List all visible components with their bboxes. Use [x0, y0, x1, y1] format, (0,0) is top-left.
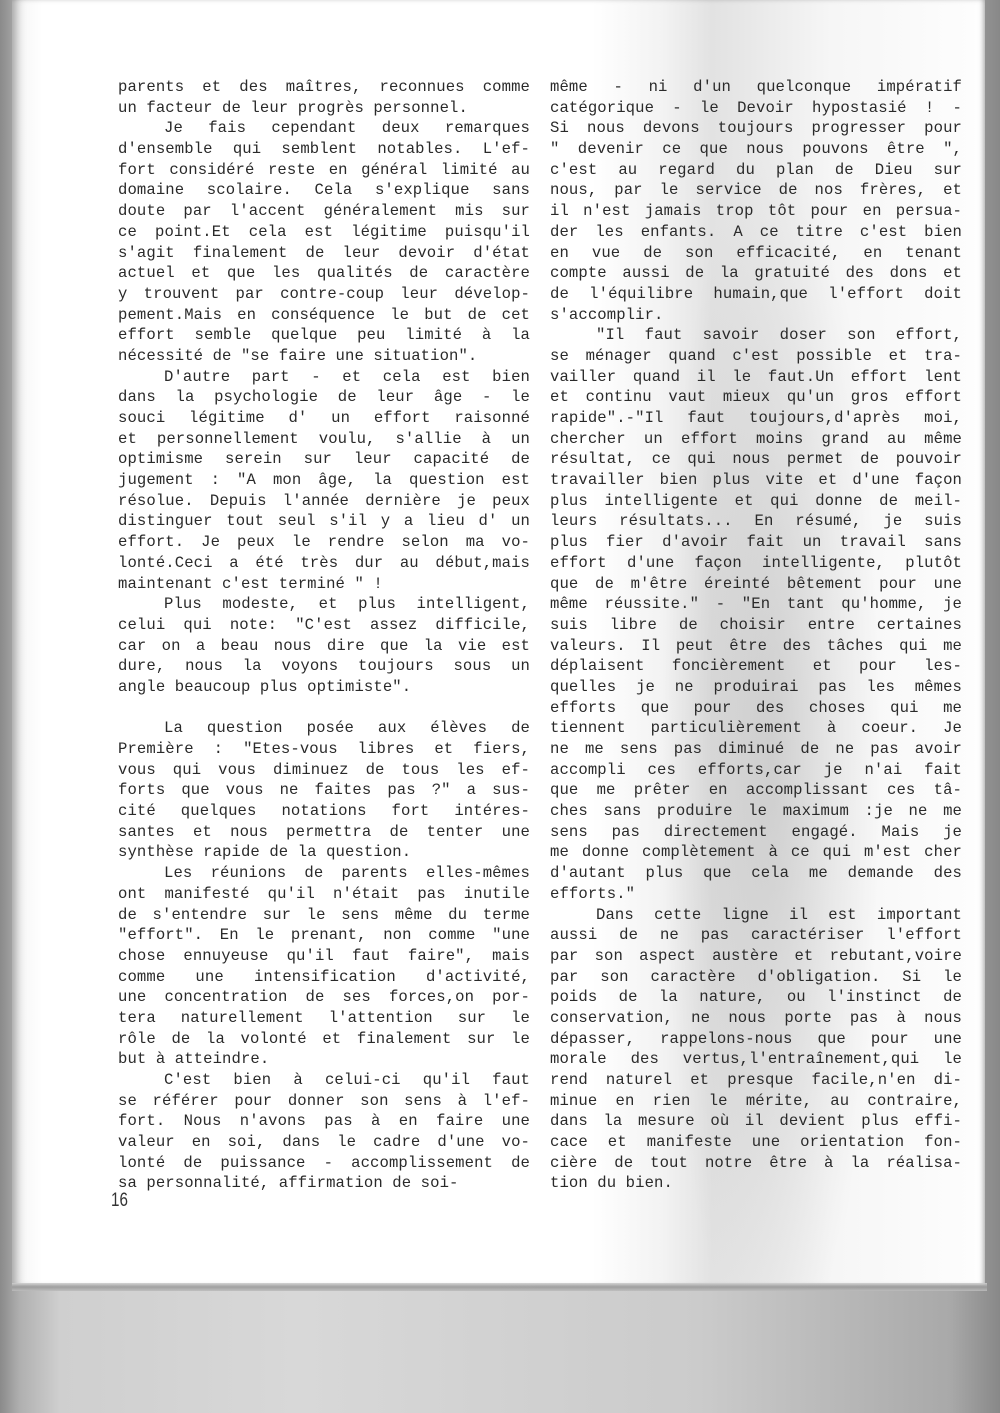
- scanned-page: parents et des maîtres, reconnues commeu…: [12, 0, 985, 1285]
- text-line: forts que vous ne faites pas ?" a sus-: [118, 780, 530, 801]
- text-line: santes et nous permettra de tenter une: [118, 822, 530, 843]
- text-line: der les enfants. A ce titre c'est bien: [550, 222, 962, 243]
- text-line: de l'équilibre humain,que l'effort doit: [550, 284, 962, 305]
- text-line: efforts que pour des choses qui me: [550, 698, 962, 719]
- text-line: poids de la nature, ou l'instinct de: [550, 987, 962, 1008]
- text-line: même réussite." - "En tant qu'homme, je: [550, 594, 962, 615]
- text-line: optimisme serein sur leur capacité de: [118, 449, 530, 470]
- paragraph: Dans cette ligne il est importantaussi d…: [550, 905, 962, 1195]
- text-line: catégorique - le Devoir hypostasié ! -: [550, 98, 962, 119]
- page-bottom-edge: [12, 1283, 987, 1291]
- paragraph: même - ni d'un quelconque impératifcatég…: [550, 77, 962, 325]
- text-line: Les réunions de parents elles-mêmes: [118, 863, 530, 884]
- paragraph-gap: [118, 698, 530, 719]
- text-line: vailler quand il le faut.Un effort lent: [550, 367, 962, 388]
- text-line: rapide".-"Il faut toujours,d'après moi,: [550, 408, 962, 429]
- text-line: valeurs. Il peut être des tâches qui me: [550, 636, 962, 657]
- text-line: angle beaucoup plus optimiste".: [118, 677, 530, 698]
- text-line: et personnellement voulu, s'allie à un: [118, 429, 530, 450]
- text-line: chercher un effort moins grand au même: [550, 429, 962, 450]
- right-text-column: même - ni d'un quelconque impératifcatég…: [550, 77, 962, 1194]
- text-line: maintenant c'est terminé " !: [118, 574, 530, 595]
- text-line: comme une intensification d'activité,: [118, 967, 530, 988]
- text-line: s'accomplir.: [550, 305, 962, 326]
- text-line: tera naturellement l'attention sur le: [118, 1008, 530, 1029]
- text-line: c'est au regard du plan de Dieu sur: [550, 160, 962, 181]
- paragraph: D'autre part - et cela est biendans la p…: [118, 367, 530, 595]
- text-line: souci légitime d' un effort raisonné: [118, 408, 530, 429]
- text-line: fort. Nous n'avons pas à en faire une: [118, 1111, 530, 1132]
- text-line: et continu vaut mieux qu'un gros effort: [550, 387, 962, 408]
- text-line: compte aussi de la gratuité des dons et: [550, 263, 962, 284]
- text-line: que de m'être éreinté bêtement pour une: [550, 574, 962, 595]
- text-line: un facteur de leur progrès personnel.: [118, 98, 530, 119]
- text-line: celui qui note: "C'est assez difficile,: [118, 615, 530, 636]
- text-line: Dans cette ligne il est important: [550, 905, 962, 926]
- text-line: but à atteindre.: [118, 1049, 530, 1070]
- text-line: jugement : "A mon âge, la question est: [118, 470, 530, 491]
- text-line: dure, nous la voyons toujours sous un: [118, 656, 530, 677]
- text-line: C'est bien à celui-ci qu'il faut: [118, 1070, 530, 1091]
- text-line: se ménager quand c'est possible et tra-: [550, 346, 962, 367]
- text-line: doute par l'accent généralement mis sur: [118, 201, 530, 222]
- text-line: plus intelligente et qui donne de meil-: [550, 491, 962, 512]
- text-line: Si nous devons toujours progresser pour: [550, 118, 962, 139]
- page-number: 16: [111, 1190, 128, 1212]
- text-line: plus fier d'avoir fait un travail sans: [550, 532, 962, 553]
- text-line: ce point.Et cela est légitime puisqu'il: [118, 222, 530, 243]
- text-line: distinguer tout seul s'il y a lieu d' un: [118, 511, 530, 532]
- text-line: d'ensemble qui semblent notables. L'ef-: [118, 139, 530, 160]
- text-line: Je fais cependant deux remarques: [118, 118, 530, 139]
- text-line: D'autre part - et cela est bien: [118, 367, 530, 388]
- text-line: cace et manifeste une orientation fon-: [550, 1132, 962, 1153]
- text-line: leurs résultats... En résumé, je suis: [550, 511, 962, 532]
- text-line: efforts.": [550, 884, 962, 905]
- text-line: minue en rien le mérite, au contraire,: [550, 1091, 962, 1112]
- text-line: cité quelques notations fort intéres-: [118, 801, 530, 822]
- text-line: ont manifesté qu'il n'était pas inutile: [118, 884, 530, 905]
- text-line: morale des vertus,l'entraînement,qui le: [550, 1049, 962, 1070]
- text-line: travailler bien plus vite et d'une façon: [550, 470, 962, 491]
- text-line: d'autant plus que cela me demande des: [550, 863, 962, 884]
- text-line: cière de tout notre être à la réalisa-: [550, 1153, 962, 1174]
- text-line: actuel et que les qualités de caractère: [118, 263, 530, 284]
- text-line: se référer pour donner son sens à l'ef-: [118, 1091, 530, 1112]
- text-line: valeur en soi, dans le cadre d'une vo-: [118, 1132, 530, 1153]
- text-line: Première : "Etes-vous libres et fiers,: [118, 739, 530, 760]
- text-line: fort considéré reste en général limité a…: [118, 160, 530, 181]
- text-line: rôle de la volonté et finalement sur le: [118, 1029, 530, 1050]
- text-line: parents et des maîtres, reconnues comme: [118, 77, 530, 98]
- text-line: sens pas directement engagé. Mais je: [550, 822, 962, 843]
- text-line: "effort". En le prenant, non comme "une: [118, 925, 530, 946]
- paragraph: C'est bien à celui-ci qu'il fautse référ…: [118, 1070, 530, 1194]
- text-line: de s'entendre sur le sens même du terme: [118, 905, 530, 926]
- text-line: dans la psychologie de leur âge - le: [118, 387, 530, 408]
- text-line: tion du bien.: [550, 1173, 962, 1194]
- text-line: dans la mesure où il devient plus effi-: [550, 1111, 962, 1132]
- text-line: une concentration de ses forces,on por-: [118, 987, 530, 1008]
- paragraph: La question posée aux élèves dePremière …: [118, 718, 530, 863]
- text-line: "Il faut savoir doser son effort,: [550, 325, 962, 346]
- text-line: aussi de ne pas caractériser l'effort: [550, 925, 962, 946]
- paragraph: parents et des maîtres, reconnues commeu…: [118, 77, 530, 118]
- text-line: par son aspect austère et rebutant,voire: [550, 946, 962, 967]
- text-line: déplaisent foncièrement et pour les-: [550, 656, 962, 677]
- text-line: même - ni d'un quelconque impératif: [550, 77, 962, 98]
- text-line: me donne complètement à ce qui m'est che…: [550, 842, 962, 863]
- text-line: effort semble quelque peu limité à la: [118, 325, 530, 346]
- text-line: nécessité de "se faire une situation".: [118, 346, 530, 367]
- text-line: synthèse rapide de la question.: [118, 842, 530, 863]
- text-line: résultat, ce qui nous permet de pouvoir: [550, 449, 962, 470]
- text-line: en vue de son efficacité, en tenant: [550, 243, 962, 264]
- text-line: y trouvent par contre-coup leur dévelop-: [118, 284, 530, 305]
- text-line: résolue. Depuis l'année dernière je peux: [118, 491, 530, 512]
- text-line: dépasser, rappelons-nous que pour une: [550, 1029, 962, 1050]
- text-line: par son caractère d'obligation. Si le: [550, 967, 962, 988]
- text-line: accompli ces efforts,car je n'ai fait: [550, 760, 962, 781]
- text-line: La question posée aux élèves de: [118, 718, 530, 739]
- text-line: lonté.Ceci a été très dur au début,mais: [118, 553, 530, 574]
- text-line: s'agit finalement de leur devoir d'état: [118, 243, 530, 264]
- left-text-column: parents et des maîtres, reconnues commeu…: [118, 77, 530, 1194]
- text-line: effort d'une façon intelligente, plutôt: [550, 553, 962, 574]
- text-line: rend naturel et presque facile,n'en di-: [550, 1070, 962, 1091]
- text-line: que me prêter en accomplissant ces tâ-: [550, 780, 962, 801]
- text-line: il n'est jamais trop tôt pour en persua-: [550, 201, 962, 222]
- text-line: chose ennuyeuse qu'il faut faire", mais: [118, 946, 530, 967]
- text-line: Plus modeste, et plus intelligent,: [118, 594, 530, 615]
- text-line: sa personnalité, affirmation de soi-: [118, 1173, 530, 1194]
- text-line: car on a beau nous dire que la vie est: [118, 636, 530, 657]
- paragraph: Les réunions de parents elles-mêmesont m…: [118, 863, 530, 1070]
- text-line: domaine scolaire. Cela s'explique sans: [118, 180, 530, 201]
- text-line: suis libre de choisir entre certaines: [550, 615, 962, 636]
- text-line: conservation, ne nous porte pas à nous: [550, 1008, 962, 1029]
- paragraph: "Il faut savoir doser son effort,se ména…: [550, 325, 962, 904]
- text-line: pement.Mais en conséquence le but de cet: [118, 305, 530, 326]
- text-line: nous, par le service de nos frères, et: [550, 180, 962, 201]
- text-line: lonté de puissance - accomplissement de: [118, 1153, 530, 1174]
- text-line: " devenir ce que nous pouvons être ",: [550, 139, 962, 160]
- text-line: vous qui vous diminuez de tous les ef-: [118, 760, 530, 781]
- paragraph: Plus modeste, et plus intelligent,celui …: [118, 594, 530, 697]
- text-line: ne me sens pas diminué de ne pas avoir: [550, 739, 962, 760]
- paragraph: Je fais cependant deux remarquesd'ensemb…: [118, 118, 530, 366]
- text-line: quelles je ne produirai pas les mêmes: [550, 677, 962, 698]
- text-line: effort. Je peux le rendre selon ma vo-: [118, 532, 530, 553]
- text-line: ches sans produire le maximum :je ne me: [550, 801, 962, 822]
- text-line: tiennent particulièrement à coeur. Je: [550, 718, 962, 739]
